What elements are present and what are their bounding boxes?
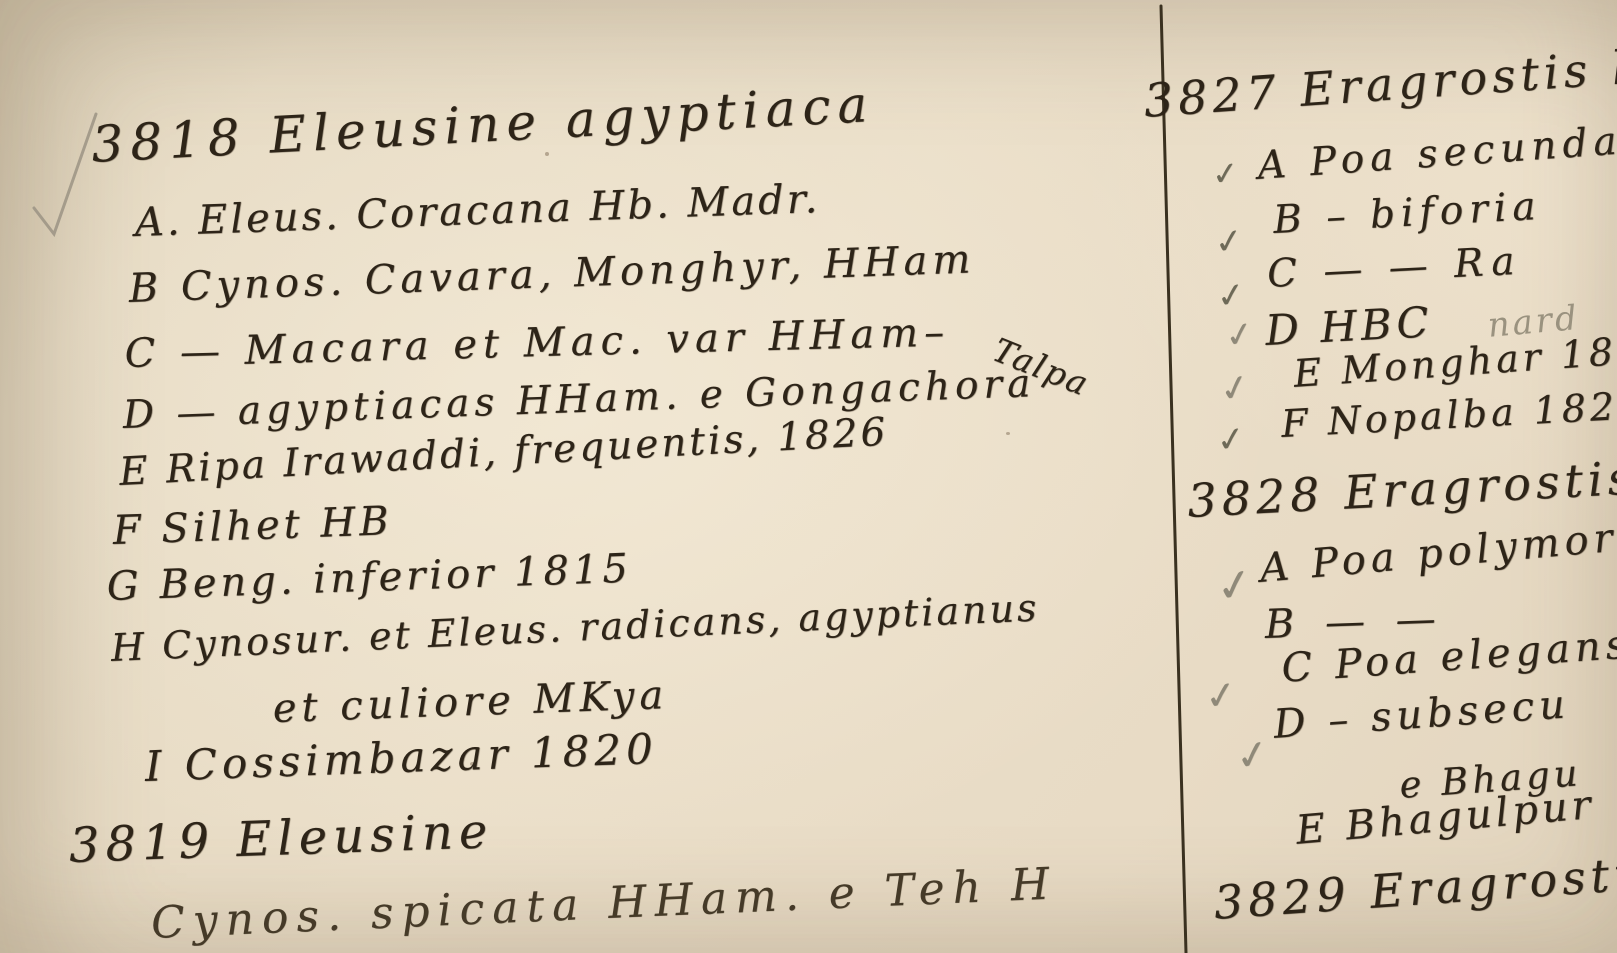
entry-3827-heading: 3827 Eragrostis bif xyxy=(1142,36,1617,128)
entry-3827-item-b: B – biforia xyxy=(1272,184,1543,243)
pencil-checkmark-icon: ✓ xyxy=(1212,220,1246,264)
pencil-checkmark-icon: ✓ xyxy=(1212,558,1257,615)
entry-3818-heading: 3818 Eleusine agyptiaca xyxy=(90,75,876,174)
pencil-checkmark-icon: ✓ xyxy=(1222,313,1257,357)
pencil-checkmark-icon: ✓ xyxy=(1210,153,1241,194)
entry-3818-item-h-cont: et culiore MKya xyxy=(272,672,669,732)
entry-3828-item-d: D – subsecu xyxy=(1272,681,1571,748)
pencil-checkmark-icon: ✓ xyxy=(1216,366,1254,412)
entry-3818-item-i: I Cossimbazar 1820 xyxy=(144,724,659,791)
entry-3827-item-f: F Nopalba 182 xyxy=(1280,384,1617,446)
entry-3819-item-a-cut: Cynos. spicata HHam. e Teh H xyxy=(150,858,1058,949)
entry-3818-item-c: C — Macara et Mac. var HHam– xyxy=(124,309,951,377)
column-divider-line xyxy=(1161,6,1186,953)
manuscript-page: 3818 Eleusine agyptiaca A. Eleus. Coraca… xyxy=(0,0,1617,953)
entry-3818-item-f: F Silhet HB xyxy=(112,498,393,554)
entry-3828-heading: 3828 Eragrostis xyxy=(1186,450,1617,527)
entry-3819-heading: 3819 Eleusine xyxy=(68,803,494,874)
paper-speck xyxy=(545,152,549,156)
entry-3818-item-b: B Cynos. Cavara, Monghyr, HHam xyxy=(128,236,976,312)
pencil-checkmark-icon: ✓ xyxy=(1214,274,1248,318)
entry-3829-heading: 3829 Eragrostis xyxy=(1212,845,1617,930)
pencil-checkmark-icon: ✓ xyxy=(1232,730,1273,781)
entry-3827-item-a: A Poa secunda xyxy=(1256,118,1617,188)
paper-speck xyxy=(1006,432,1010,435)
pencil-checkmark-icon xyxy=(34,114,96,234)
entry-3828-item-a: A Poa polymorp xyxy=(1258,512,1617,592)
entry-3827-item-c: C — — Ra xyxy=(1266,239,1523,297)
entry-3818-item-g: G Beng. inferior 1815 xyxy=(106,546,632,610)
entry-3818-item-a: A. Eleus. Coracana Hb. Madr. xyxy=(134,176,821,246)
pencil-annotation: nard xyxy=(1486,298,1581,346)
pencil-checkmark-icon: ✓ xyxy=(1214,418,1248,462)
pencil-checkmark-icon: ✓ xyxy=(1202,672,1240,720)
